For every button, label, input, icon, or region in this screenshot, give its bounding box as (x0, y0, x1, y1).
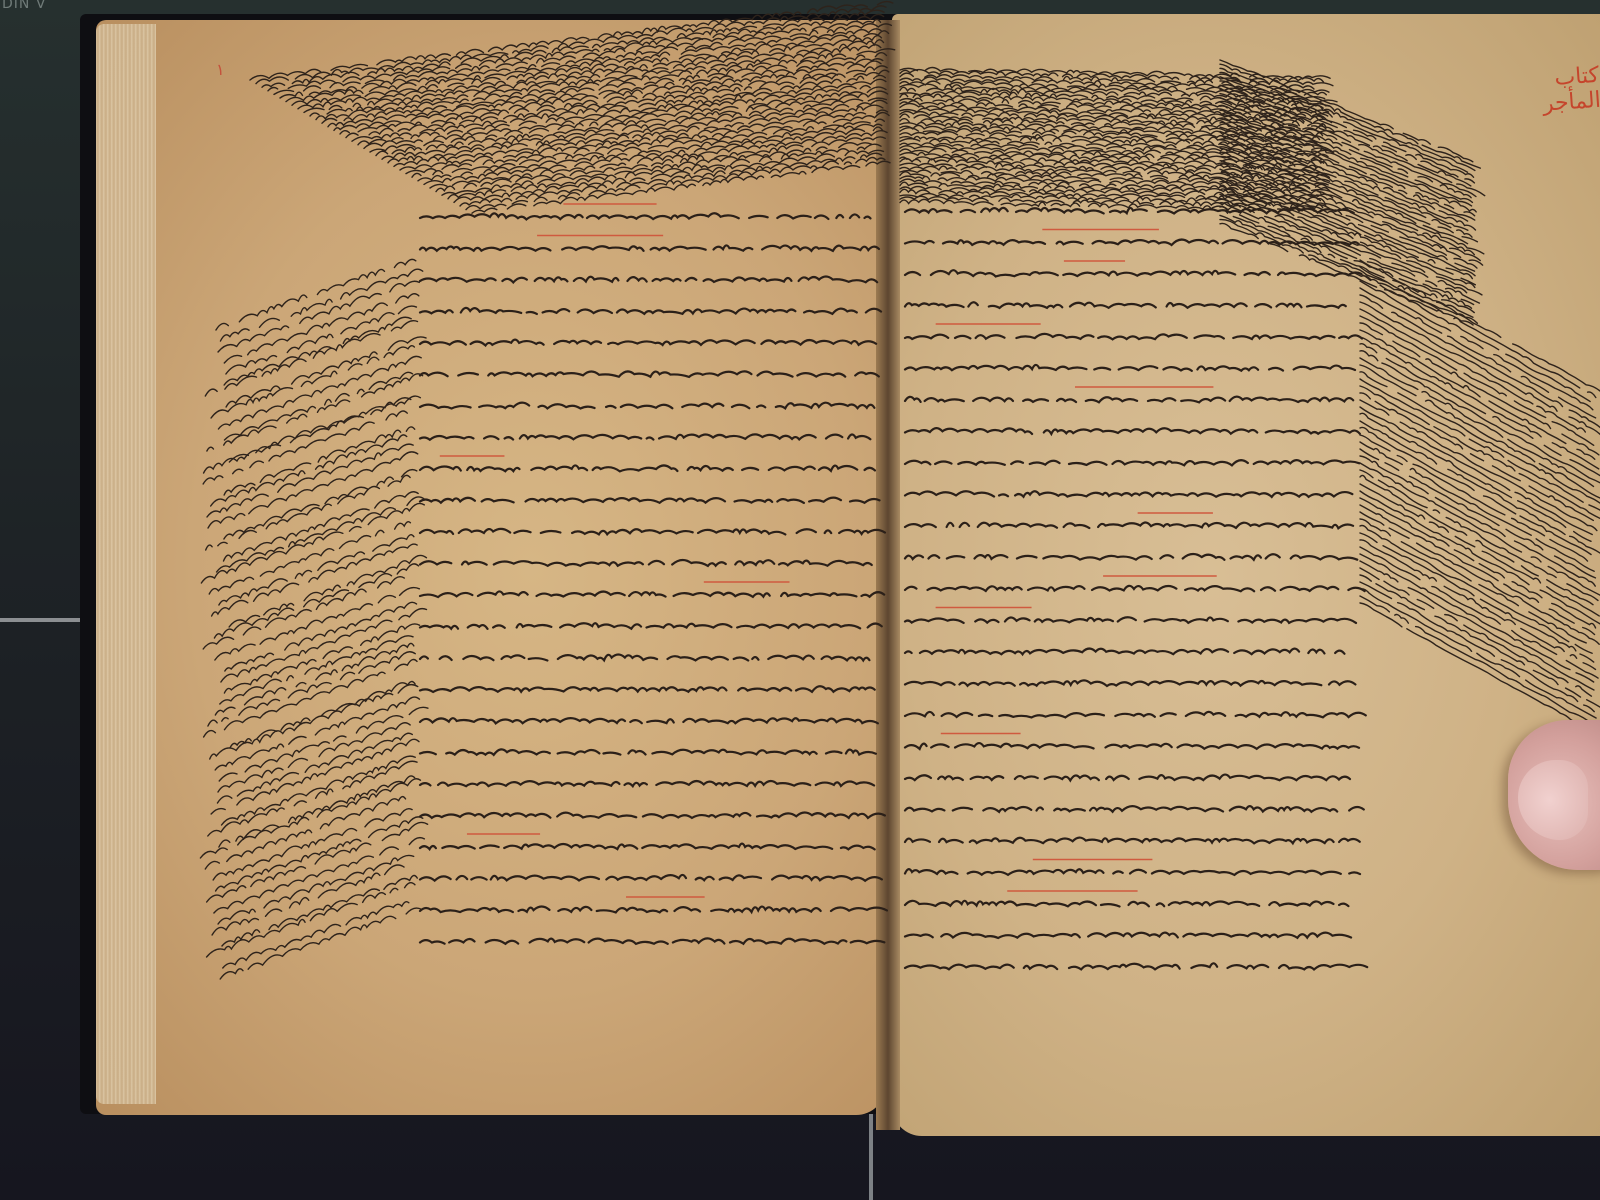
right-main-text (905, 208, 1367, 970)
folio-mark: ١ (216, 60, 225, 79)
thumbnail-nail (1518, 760, 1588, 840)
marginal-glosses (200, 2, 1600, 979)
manuscript-ink (0, 0, 1600, 1200)
chapter-heading: كتاب المأجر (1506, 63, 1600, 119)
rubric-overlines (440, 204, 1217, 897)
